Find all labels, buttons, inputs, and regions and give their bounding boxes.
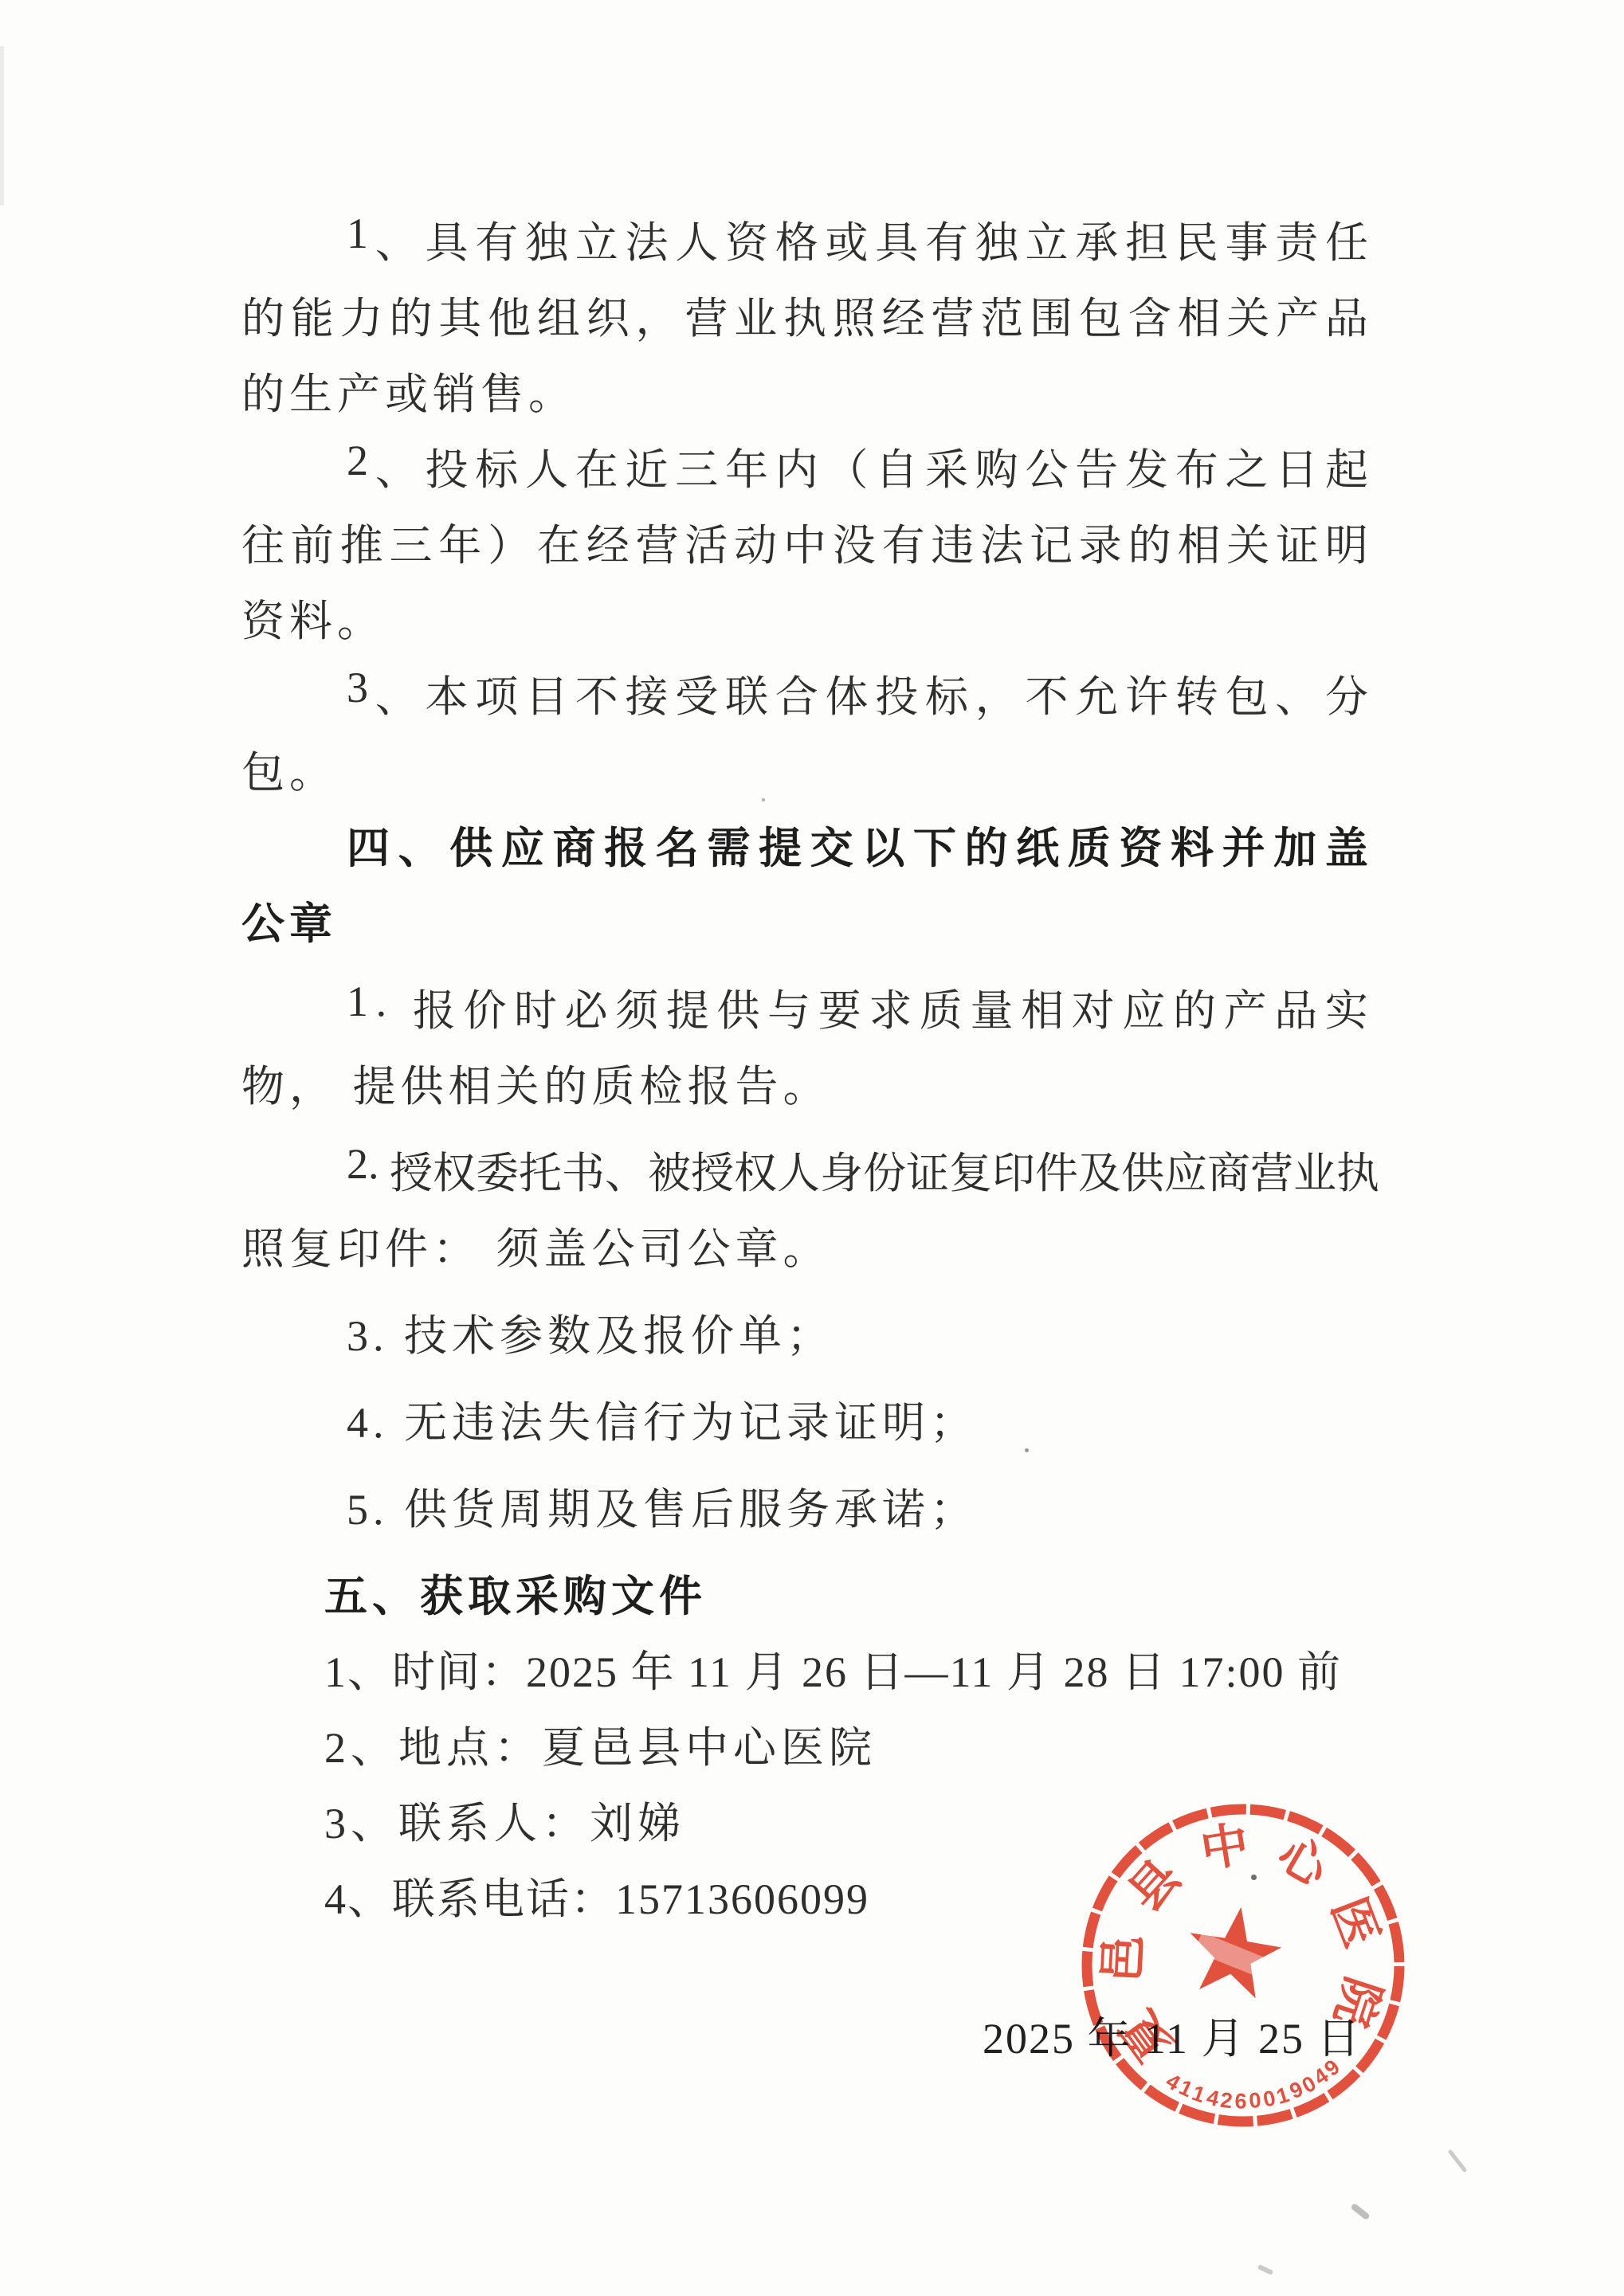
seal-arc-char: 邑 xyxy=(1099,1934,1149,1985)
pencil-mark xyxy=(1448,2149,1468,2173)
justified-characters: 的能力的其他组织，营业执照经营范围包含相关产品 xyxy=(241,284,1368,346)
item-4-4: 4. 无违法失信行为记录证明； xyxy=(241,1381,1368,1457)
scan-edge-streak xyxy=(0,46,4,206)
text-line: 3、本项目不接受联合体投标，不允许转包、分 xyxy=(241,656,1368,731)
section-5-items: 1、时间：2025 年 11 月 26 日—11 月 28 日 17:00 前2… xyxy=(241,1631,1368,1934)
document-date: 2025 年 11 月 25 日 xyxy=(983,2004,1362,2066)
section-5-heading: 五、获取采购文件 xyxy=(241,1555,1368,1631)
text-line: 资料。 xyxy=(241,580,1368,656)
justified-characters: 1. 报价时必须提供与要求质量相对应的产品实 xyxy=(347,977,1368,1038)
text-line: 公章 xyxy=(241,883,1368,958)
seal-star-ink-void xyxy=(1194,1932,1284,1984)
text-line: 5. 供货周期及售后服务承诺； xyxy=(241,1468,1368,1544)
seal-code-digit: 2 xyxy=(1219,2089,1234,2112)
seal-code-digit: 6 xyxy=(1234,2090,1247,2112)
justified-characters: 2. 授权委托书、被授权人身份证复印件及供应商营业执 xyxy=(347,1139,1379,1201)
justified-characters: 1、具有独立法人资格或具有独立承担民事责任 xyxy=(347,209,1368,270)
text-line: 2. 授权委托书、被授权人身份证复印件及供应商营业执 xyxy=(241,1132,1368,1208)
text-line: 1、时间：2025 年 11 月 26 日—11 月 28 日 17:00 前 xyxy=(241,1631,1368,1706)
seal-code-digit: 0 xyxy=(1248,2090,1261,2112)
text-line: 1、具有独立法人资格或具有独立承担民事责任 xyxy=(241,202,1368,277)
text-line: 4、联系电话：15713606099 xyxy=(241,1858,1368,1934)
scan-speck xyxy=(762,798,765,801)
seal-code-digit: 4 xyxy=(1310,2065,1332,2090)
clause-3: 3、本项目不接受联合体投标，不允许转包、分包。 xyxy=(241,656,1368,807)
justified-characters: 3、本项目不接受联合体投标，不允许转包、分 xyxy=(347,663,1368,724)
pencil-mark xyxy=(1350,2203,1370,2220)
justified-characters: 四、供应商报名需提交以下的纸质资料并加盖 xyxy=(347,814,1368,876)
text-line: 照复印件： 须盖公司公章。 xyxy=(241,1208,1368,1283)
text-line: 2、地点：夏邑县中心医院 xyxy=(241,1706,1368,1782)
text-line: 五、获取采购文件 xyxy=(241,1555,1368,1631)
clause-1: 1、具有独立法人资格或具有独立承担民事责任的能力的其他组织，营业执照经营范围包含… xyxy=(241,202,1368,429)
section-4-heading: 四、供应商报名需提交以下的纸质资料并加盖公章 xyxy=(241,807,1368,958)
text-line: 1. 报价时必须提供与要求质量相对应的产品实 xyxy=(241,970,1368,1045)
pencil-mark xyxy=(1257,2264,1274,2275)
scan-speck xyxy=(1025,1448,1029,1452)
item-4-3: 3. 技术参数及报价单； xyxy=(241,1295,1368,1370)
scan-speck xyxy=(1251,1875,1257,1880)
seal-code-digit: 9 xyxy=(1287,2079,1306,2103)
seal-code-digit: 0 xyxy=(1299,2072,1320,2097)
item-4-2: 2. 授权委托书、被授权人身份证复印件及供应商营业执照复印件： 须盖公司公章。 xyxy=(241,1132,1368,1283)
justified-characters: 往前推三年）在经营活动中没有违法记录的相关证明 xyxy=(241,511,1368,573)
seal-code-digit: 1 xyxy=(1274,2083,1292,2107)
text-line: 的能力的其他组织，营业执照经营范围包含相关产品 xyxy=(241,277,1368,353)
item-4-5: 5. 供货周期及售后服务承诺； xyxy=(241,1468,1368,1544)
document-page: 1、具有独立法人资格或具有独立承担民事责任的能力的其他组织，营业执照经营范围包含… xyxy=(0,0,1624,2296)
item-4-1: 1. 报价时必须提供与要求质量相对应的产品实物， 提供相关的质检报告。 xyxy=(241,970,1368,1121)
text-line: 3. 技术参数及报价单； xyxy=(241,1295,1368,1370)
text-line: 3、联系人：刘娣 xyxy=(241,1782,1368,1858)
seal-code-digit: 1 xyxy=(1190,2082,1208,2106)
seal-code-digit: 1 xyxy=(1175,2077,1195,2102)
text-line: 四、供应商报名需提交以下的纸质资料并加盖 xyxy=(241,807,1368,883)
text-line: 往前推三年）在经营活动中没有违法记录的相关证明 xyxy=(241,504,1368,580)
text-line: 的生产或销售。 xyxy=(241,353,1368,429)
clause-2: 2、投标人在近三年内（自采购公告发布之日起往前推三年）在经营活动中没有违法记录的… xyxy=(241,429,1368,656)
justified-characters: 2、投标人在近三年内（自采购公告发布之日起 xyxy=(347,436,1368,497)
text-line: 包。 xyxy=(241,731,1368,807)
text-line: 4. 无违法失信行为记录证明； xyxy=(241,1381,1368,1457)
seal-code-digit: 4 xyxy=(1163,2070,1184,2094)
document-body: 1、具有独立法人资格或具有独立承担民事责任的能力的其他组织，营业执照经营范围包含… xyxy=(241,202,1368,1934)
seal-code-digit: 0 xyxy=(1261,2087,1277,2110)
text-line: 2、投标人在近三年内（自采购公告发布之日起 xyxy=(241,429,1368,504)
seal-code-digit: 4 xyxy=(1204,2086,1221,2110)
text-line: 物， 提供相关的质检报告。 xyxy=(241,1045,1368,1121)
